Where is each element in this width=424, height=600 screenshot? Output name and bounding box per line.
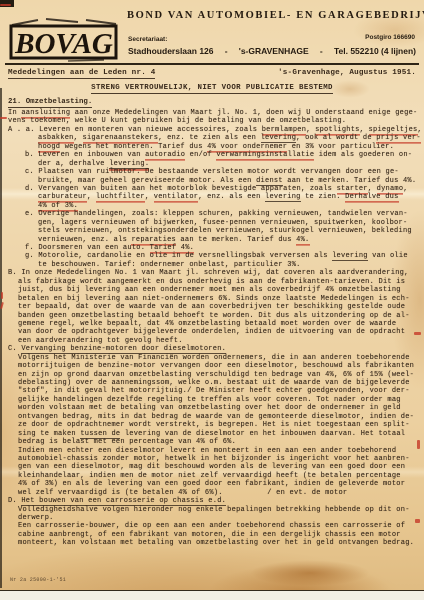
- text-line: der a, derhalve levering.: [8, 160, 420, 168]
- text-line: motorrijtuigen de benzine-motor vervange…: [8, 362, 420, 370]
- text-line: bruikte, maar geheel gereviseerde motor.…: [8, 177, 420, 185]
- red-pencil-mark: [1, 292, 3, 299]
- text-line: van door de opdrachtgever bijgeleverde o…: [8, 328, 420, 336]
- text-line: en zijn op grond daarvan omzetbelasting …: [8, 371, 420, 379]
- text-line: ze door de opdrachtnemer wordt verstrekt…: [8, 421, 420, 429]
- text-line: carburateur, luchtfilter, ventilator, en…: [8, 193, 420, 201]
- separator-dash: -: [320, 46, 323, 56]
- postgiro-number: Postgiro 166690: [365, 34, 415, 41]
- text-line: gen van een dieselmotor, mag dit beschou…: [8, 463, 420, 471]
- text-line: ter bepaald, dat over de waarde van de a…: [8, 303, 420, 311]
- text-line: kleinhandelaar, indien men de motor niet…: [8, 472, 420, 480]
- text-line: asbakken, sigarenaanstekers, enz. te zie…: [8, 134, 420, 142]
- text-line: hoogd wegens het monteren. Tarief dus 4%…: [8, 143, 420, 151]
- red-pencil-mark: [0, 4, 11, 6]
- separator-dash: -: [225, 46, 228, 56]
- city-name: 's-GRAVENHAGE: [239, 46, 309, 56]
- text-line: 4% of 3%.: [8, 202, 420, 210]
- organization-name: BOND VAN AUTOMOBIEL- EN GARAGEBEDRIJVEN: [127, 10, 424, 21]
- text-line: 4% of 3%) en als de levering van een goe…: [8, 480, 420, 488]
- text-line: Indien men echter een dieselmotor levert…: [8, 447, 420, 455]
- text-line: vernieuwen, enz. als reparaties aan te m…: [8, 236, 420, 244]
- address-row: Stadhouderslaan 126 - 's-GRAVENHAGE - Te…: [128, 46, 416, 56]
- text-line: worden volstaan met de betaling van omze…: [8, 404, 420, 412]
- section-heading: 21. Omzetbelasting.: [8, 98, 92, 106]
- text-line: Volgens het Ministerie van Financiën wor…: [8, 354, 420, 362]
- text-line: gen, lagers vernieuwen of bijwerken, fus…: [8, 219, 420, 227]
- text-line: e. Overige handelingen, zoals: kleppen s…: [8, 210, 420, 218]
- secretariat-label: Secretariaat:: [128, 36, 167, 43]
- meta-row: Mededelingen aan de Leden nr. 4 's-Grave…: [8, 69, 416, 79]
- paper-stain: [250, 560, 370, 586]
- text-line: monteert, kan volstaan met betaling van …: [8, 539, 420, 547]
- scan-edge: [0, 590, 424, 600]
- bovag-logo: BOVAG: [8, 16, 120, 63]
- text-line: betalen en bij levering aan niet-onderne…: [8, 295, 420, 303]
- text-line: stels vernieuwen, ontstekingsonderdelen …: [8, 227, 420, 235]
- text-line: ontvangen bedrag, mits in dat bedrag de …: [8, 413, 420, 421]
- text-line: Volledigheidshalve volgen hieronder nog …: [8, 506, 420, 514]
- scan-edge: [0, 88, 2, 588]
- text-line: B. In onze Mededelingen No. 1 van Maart …: [8, 269, 420, 277]
- text-line: als fabrikage wordt aangemerkt en dus on…: [8, 278, 420, 286]
- text-line: "stof", in dit geval het motorrijtuig./ …: [8, 387, 420, 395]
- scanned-circular-page: BOVAG BOND VAN AUTOMOBIEL- EN GARAGEBEDR…: [0, 0, 424, 600]
- print-code: Nr 2a 25000-1-'51: [10, 577, 66, 583]
- text-line: bedrag is belast met een percentage van …: [8, 438, 420, 446]
- text-line: juist, dus bij levering aan een ondernem…: [8, 286, 420, 294]
- confidential-notice: STRENG VERTROUWELIJK, NIET VOOR PUBLICAT…: [0, 84, 424, 92]
- text-line: vens toekomen, welke U kunt gebruiken bi…: [8, 117, 420, 125]
- dateline: 's-Gravenhage, Augustus 1951.: [278, 69, 416, 79]
- header-rule: [5, 63, 419, 65]
- bovag-logo-text: BOVAG: [14, 28, 113, 60]
- text-line: banden geen omzetbelasting betaald behoe…: [8, 312, 420, 320]
- body-lines: In aansluiting aan onze Mededelingen van…: [8, 109, 420, 548]
- text-line: wel zelf vervaardigd is (te betalen 4% o…: [8, 489, 420, 497]
- text-line: g. Motorolie, cardanolie en olie in de v…: [8, 252, 420, 260]
- text-line: Een carrosserie-bouwer, die op een aan e…: [8, 522, 420, 530]
- document-title: Mededelingen aan de Leden nr. 4: [8, 69, 155, 79]
- phone-number: Tel. 552210 (4 lijnen): [334, 46, 416, 56]
- text-line: c. Plaatsen van ruilmotor. De bestaande …: [8, 168, 420, 176]
- text-line: D. Het bouwen van een carrosserie op cha…: [8, 497, 420, 505]
- red-pencil-mark: [0, 117, 7, 119]
- text-line: b. Leveren en inbouwen van autoradio en/…: [8, 151, 420, 159]
- street-address: Stadhouderslaan 126: [128, 46, 214, 56]
- text-line: C. Vervanging benzine-motoren door diese…: [8, 345, 420, 353]
- text-line: sing te maken tussen de levering van de …: [8, 430, 420, 438]
- text-line: een aardverandering tot gevolg heeft.: [8, 337, 420, 345]
- red-pencil-mark: [0, 302, 4, 309]
